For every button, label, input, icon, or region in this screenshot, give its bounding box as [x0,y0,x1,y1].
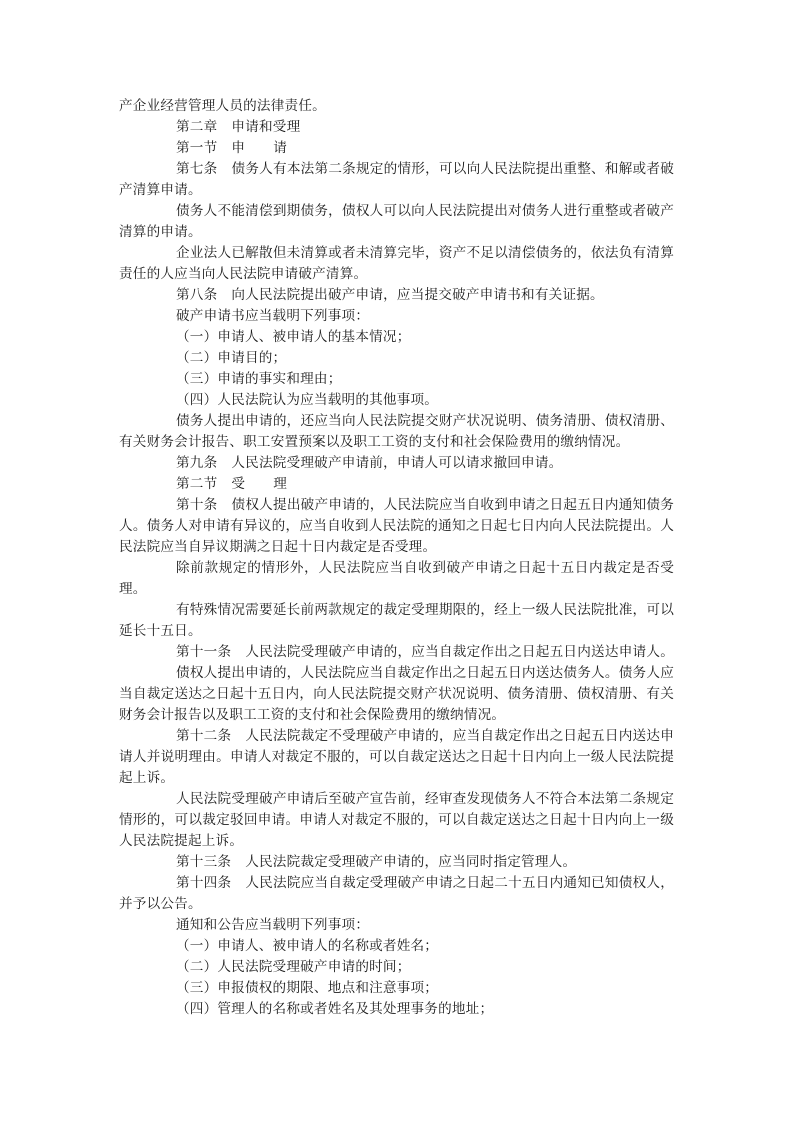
text-line: 责任的人应当向人民法院申请破产清算。 [119,264,679,285]
line-text: （三）申报债权的期限、地点和注意事项； [176,980,438,996]
article-number: 第十二条 [176,728,231,744]
line-text: 延长十五日。 [119,623,202,639]
text-line: 人民法院提起上诉。 [119,831,679,852]
list-item: （二）人民法院受理破产申请的时间； [119,957,679,978]
text-line: 产清算申请。 [119,180,679,201]
article-line: 第八条向人民法院提出破产申请，应当提交破产申请书和有关证据。 [119,285,679,306]
list-item: （一）申请人、被申请人的基本情况； [119,327,679,348]
line-text: （四）人民法院认为应当载明的其他事项。 [176,392,438,408]
article-line: 第七条债务人有本法第二条规定的情形，可以向人民法院提出重整、和解或者破 [119,159,674,180]
text-line: 债权人提出申请的，人民法院应当自裁定作出之日起五日内送达债务人。债务人应 [119,663,674,684]
chapter-heading: 第二章申请和受理 [119,117,679,138]
line-text: （一）申请人、被申请人的名称或者姓名； [176,938,438,954]
line-text: （二）人民法院受理破产申请的时间； [176,959,411,975]
text-line: 人。债务人对申请有异议的，应当自收到人民法院的通知之日起七日内向人民法院提出。人 [119,516,674,537]
list-item: （四）人民法院认为应当载明的其他事项。 [119,390,679,411]
line-text: 情形的，可以裁定驳回申请。申请人对裁定不服的，可以自裁定送达之日起十日内向上一级 [119,812,674,828]
line-text: 受 [231,476,245,492]
line-text: 责任的人应当向人民法院申请破产清算。 [119,266,367,282]
article-number: 第二章 [176,119,217,135]
text-line: 情形的，可以裁定驳回申请。申请人对裁定不服的，可以自裁定送达之日起十日内向上一级 [119,810,674,831]
text-line: 清算的申请。 [119,222,679,243]
line-text: 人民法院受理破产申请的，应当自裁定作出之日起五日内送达申请人。 [245,644,674,660]
article-number: 第十四条 [176,875,231,891]
line-text: 清算的申请。 [119,224,202,240]
line-text: 通知和公告应当载明下列事项： [176,917,369,933]
text-line: 人民法院受理破产申请后至破产宣告前，经审查发现债务人不符合本法第二条规定 [119,789,674,810]
text-line: 产企业经营管理人员的法律责任。 [119,96,679,117]
line-text-tail: 请 [273,140,287,156]
list-item: （三）申请的事实和理由； [119,369,679,390]
text-line: 起上诉。 [119,768,679,789]
article-number: 第十条 [176,497,217,513]
line-text: 人民法院裁定受理破产申请的，应当同时指定管理人。 [245,854,576,870]
line-text: 有特殊情况需要延长前两款规定的裁定受理期限的，经上一级人民法院批准，可以 [176,602,674,618]
article-line: 第十一条人民法院受理破产申请的，应当自裁定作出之日起五日内送达申请人。 [119,642,674,663]
text-line: 债务人提出申请的，还应当向人民法院提交财产状况说明、债务清册、债权清册、 [119,411,674,432]
article-line: 第九条人民法院受理破产申请前，申请人可以请求撤回申请。 [119,453,679,474]
line-text: 请人并说明理由。申请人对裁定不服的，可以自裁定送达之日起十日内向上一级人民法院提 [119,749,674,765]
line-text: 当自裁定送达之日起十五日内，向人民法院提交财产状况说明、债务清册、债权清册、有关 [119,686,674,702]
section-heading: 第二节受理 [119,474,679,495]
text-line: 企业法人已解散但未清算或者未清算完毕，资产不足以清偿债务的，依法负有清算 [119,243,674,264]
text-line: 并予以公告。 [119,894,679,915]
line-text: 企业法人已解散但未清算或者未清算完毕，资产不足以清偿债务的，依法负有清算 [176,245,674,261]
line-text: 债务人有本法第二条规定的情形，可以向人民法院提出重整、和解或者破 [231,161,674,177]
article-number: 第七条 [176,161,217,177]
line-text: 债权人提出申请的，人民法院应当自裁定作出之日起五日内送达债务人。债务人应 [176,665,674,681]
text-line: 有特殊情况需要延长前两款规定的裁定受理期限的，经上一级人民法院批准，可以 [119,600,674,621]
article-number: 第二节 [176,476,217,492]
line-text: 理。 [119,581,147,597]
article-line: 第十二条人民法院裁定不受理破产申请的，应当自裁定作出之日起五日内送达申 [119,726,674,747]
article-line: 第十三条人民法院裁定受理破产申请的，应当同时指定管理人。 [119,852,679,873]
line-text: 人民法院提起上诉。 [119,833,243,849]
list-item: （四）管理人的名称或者姓名及其处理事务的地址； [119,999,679,1020]
line-text: 人民法院裁定不受理破产申请的，应当自裁定作出之日起五日内送达申 [245,728,674,744]
text-line: 延长十五日。 [119,621,679,642]
line-text: 人民法院受理破产申请后至破产宣告前，经审查发现债务人不符合本法第二条规定 [176,791,674,807]
text-line: 债务人不能清偿到期债务，债权人可以向人民法院提出对债务人进行重整或者破产 [119,201,674,222]
text-line: 民法院应当自异议期满之日起十日内裁定是否受理。 [119,537,679,558]
line-text: （二）申请目的； [176,350,286,366]
list-item: （三）申报债权的期限、地点和注意事项； [119,978,679,999]
text-line: 有关财务会计报告、职工安置预案以及职工工资的支付和社会保险费用的缴纳情况。 [119,432,679,453]
line-text: 申请和受理 [231,119,300,135]
list-item: （二）申请目的； [119,348,679,369]
text-line: 除前款规定的情形外，人民法院应当自收到破产申请之日起十五日内裁定是否受 [119,558,674,579]
text-line: 财务会计报告以及职工工资的支付和社会保险费用的缴纳情况。 [119,705,679,726]
document-page: 产企业经营管理人员的法律责任。第二章申请和受理第一节申请第七条债务人有本法第二条… [0,0,793,1122]
line-text: 民法院应当自异议期满之日起十日内裁定是否受理。 [119,539,436,555]
line-text: 向人民法院提出破产申请，应当提交破产申请书和有关证据。 [231,287,603,303]
line-text: 申 [231,140,245,156]
article-line: 第十条债权人提出破产申请的，人民法院应当自收到申请之日起五日内通知债务 [119,495,674,516]
line-text: 起上诉。 [119,770,174,786]
text-line: 通知和公告应当载明下列事项： [119,915,679,936]
line-text: 人民法院受理破产申请前，申请人可以请求撤回申请。 [231,455,562,471]
text-line: 请人并说明理由。申请人对裁定不服的，可以自裁定送达之日起十日内向上一级人民法院提 [119,747,674,768]
article-number: 第十一条 [176,644,231,660]
list-item: （一）申请人、被申请人的名称或者姓名； [119,936,679,957]
line-text: 产企业经营管理人员的法律责任。 [119,98,326,114]
article-number: 第八条 [176,287,217,303]
article-number: 第九条 [176,455,217,471]
line-text: 破产申请书应当载明下列事项： [176,308,369,324]
line-text: 债权人提出破产申请的，人民法院应当自收到申请之日起五日内通知债务 [231,497,674,513]
line-text: （四）管理人的名称或者姓名及其处理事务的地址； [176,1001,493,1017]
line-text: （一）申请人、被申请人的基本情况； [176,329,411,345]
article-number: 第十三条 [176,854,231,870]
line-text: 人民法院应当自裁定受理破产申请之日起二十五日内通知已知债权人， [245,875,674,891]
line-text: 债务人不能清偿到期债务，债权人可以向人民法院提出对债务人进行重整或者破产 [176,203,674,219]
line-text: 债务人提出申请的，还应当向人民法院提交财产状况说明、债务清册、债权清册、 [176,413,674,429]
line-text-tail: 理 [273,476,287,492]
line-text: 并予以公告。 [119,896,202,912]
article-line: 第十四条人民法院应当自裁定受理破产申请之日起二十五日内通知已知债权人， [119,873,674,894]
text-line: 当自裁定送达之日起十五日内，向人民法院提交财产状况说明、债务清册、债权清册、有关 [119,684,674,705]
line-text: 除前款规定的情形外，人民法院应当自收到破产申请之日起十五日内裁定是否受 [176,560,674,576]
line-text: 人。债务人对申请有异议的，应当自收到人民法院的通知之日起七日内向人民法院提出。人 [119,518,674,534]
article-number: 第一节 [176,140,217,156]
line-text: 财务会计报告以及职工工资的支付和社会保险费用的缴纳情况。 [119,707,505,723]
section-heading: 第一节申请 [119,138,679,159]
document-body: 产企业经营管理人员的法律责任。第二章申请和受理第一节申请第七条债务人有本法第二条… [119,96,679,1020]
line-text: （三）申请的事实和理由； [176,371,342,387]
text-line: 理。 [119,579,679,600]
line-text: 有关财务会计报告、职工安置预案以及职工工资的支付和社会保险费用的缴纳情况。 [119,434,629,450]
text-line: 破产申请书应当载明下列事项： [119,306,679,327]
line-text: 产清算申请。 [119,182,202,198]
